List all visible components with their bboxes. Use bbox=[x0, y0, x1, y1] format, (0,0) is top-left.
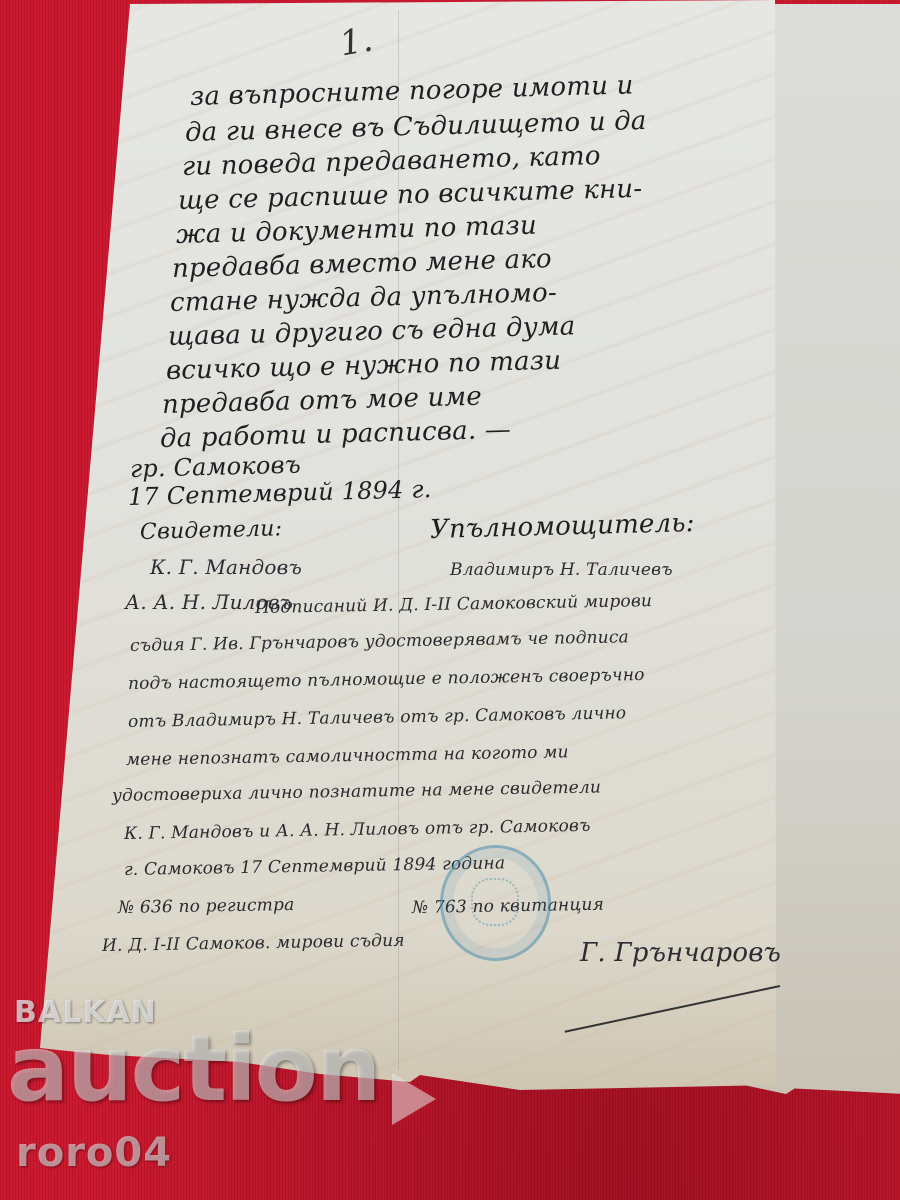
witnesses-label: Свидетели: bbox=[140, 516, 283, 545]
witness-signature: К. Г. Мандовъ bbox=[150, 555, 302, 579]
watermark-brand-main: auction bbox=[7, 1015, 379, 1122]
register-number: № 636 по регистра bbox=[118, 895, 295, 918]
principal-signature: Владимиръ Н. Таличевъ bbox=[450, 560, 673, 580]
official-seal-stamp bbox=[440, 845, 551, 961]
judge-signature: Г. Грънчаровъ bbox=[580, 938, 781, 968]
page-number: 1. bbox=[337, 19, 376, 64]
watermark-seller: roro04 bbox=[16, 1130, 172, 1176]
play-triangle-icon bbox=[392, 1073, 436, 1125]
